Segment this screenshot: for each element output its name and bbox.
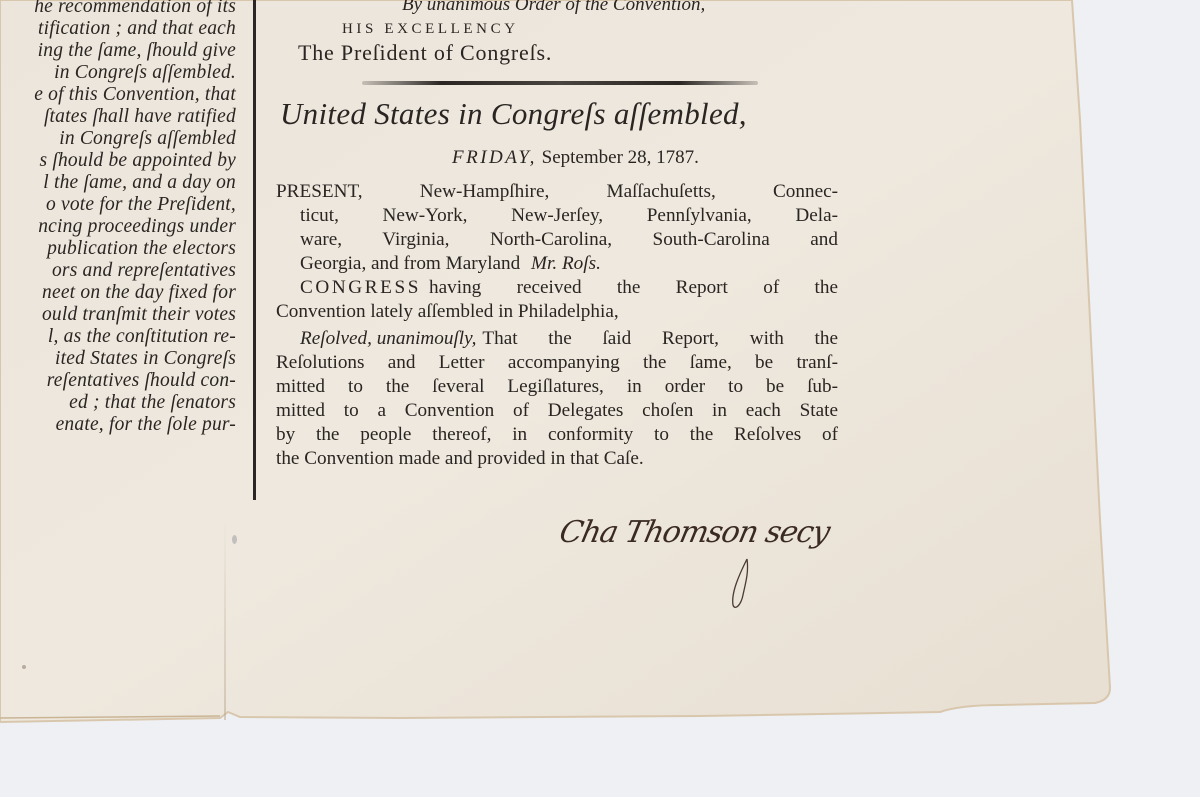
text-line: ould tranſmit their votes bbox=[0, 304, 236, 326]
text-line: the Convention made and provided in that… bbox=[276, 447, 838, 471]
order-line: By unanimous Order of the Convention, bbox=[402, 0, 705, 16]
text-line: mitted to the ſeveral Legiſlatures, in o… bbox=[276, 375, 838, 399]
resolved-paragraph: Reſolved, unanimouſly, That the ſaid Rep… bbox=[276, 327, 838, 471]
text-line: in Congreſs aſſembled bbox=[0, 128, 236, 150]
dateline-day: FRIDAY, bbox=[452, 147, 537, 168]
text-line: ncing proceedings under bbox=[0, 216, 236, 238]
text-line: Georgia, and from Maryland Mr. Roſs. bbox=[276, 252, 838, 276]
text-line: ticut, New-York, New-Jerſey, Pennſylvani… bbox=[276, 204, 838, 228]
resolved-rest: That the ſaid Report, with the bbox=[482, 327, 838, 351]
president-line: The Preſident of Congreſs. bbox=[298, 40, 552, 66]
congress-paragraph: CONGRESS having received the Report of t… bbox=[276, 276, 838, 324]
column-rule bbox=[253, 0, 256, 500]
text-line: ſtates ſhall have ratified bbox=[0, 106, 236, 128]
text-line: by the people thereof, in conformity to … bbox=[276, 423, 838, 447]
present-paragraph: PRESENT, New-Hampſhire, Maſſachuſetts, C… bbox=[276, 180, 838, 276]
text-line: enate, for the ſole pur- bbox=[0, 414, 236, 436]
resolved-lead: Reſolved, unanimouſly, bbox=[300, 327, 476, 351]
text-line: l the ſame, and a day on bbox=[0, 172, 236, 194]
text-line: he recommendation of its bbox=[0, 0, 236, 18]
document-heading: United States in Congreſs aſſembled, bbox=[280, 96, 747, 132]
text-line: mitted to a Convention of Delegates choſ… bbox=[276, 399, 838, 423]
text-line: PRESENT, New-Hampſhire, Maſſachuſetts, C… bbox=[276, 180, 838, 204]
paper-speck bbox=[232, 535, 237, 544]
dateline-date: September 28, 1787. bbox=[542, 147, 699, 168]
text-line: publication the electors bbox=[0, 238, 236, 260]
text-line: reſentatives ſhould con- bbox=[0, 370, 236, 392]
excellency-line: HIS EXCELLENCY bbox=[342, 21, 519, 38]
congress-lead: CONGRESS bbox=[300, 276, 421, 300]
ornamental-divider bbox=[362, 81, 758, 85]
congress-rest: having received the Report of the bbox=[429, 276, 838, 300]
text-line: ware, Virginia, North-Carolina, South-Ca… bbox=[276, 228, 838, 252]
text-line: e of this Convention, that bbox=[0, 84, 236, 106]
handwritten-signature: Cha Thomson secy bbox=[556, 515, 832, 550]
text-line: neet on the day fixed for bbox=[0, 282, 236, 304]
text-line: l, as the conſtitution re- bbox=[0, 326, 236, 348]
text-line: Reſolutions and Letter accompanying the … bbox=[276, 351, 838, 375]
dateline: FRIDAY, September 28, 1787. bbox=[452, 147, 699, 169]
text-line: ed ; that the ſenators bbox=[0, 392, 236, 414]
paper-fold bbox=[224, 520, 226, 720]
text-line: CONGRESS having received the Report of t… bbox=[276, 276, 838, 300]
signature-flourish bbox=[725, 555, 755, 615]
text-line: in Congreſs aſſembled. bbox=[0, 62, 236, 84]
text-line: s ſhould be appointed by bbox=[0, 150, 236, 172]
paper-speck bbox=[22, 665, 26, 669]
text-line: ors and repreſentatives bbox=[0, 260, 236, 282]
text-line: Reſolved, unanimouſly, That the ſaid Rep… bbox=[276, 327, 838, 351]
text-line: ing the ſame, ſhould give bbox=[0, 40, 236, 62]
left-column-text: he recommendation of its tification ; an… bbox=[0, 0, 236, 436]
text-line: tification ; and that each bbox=[0, 18, 236, 40]
text-line: Convention lately aſſembled in Philadelp… bbox=[276, 300, 838, 324]
present-tail: Mr. Roſs. bbox=[531, 253, 601, 274]
text-line: ited States in Congreſs bbox=[0, 348, 236, 370]
present-text: Georgia, and from Maryland bbox=[300, 253, 520, 274]
body-text: PRESENT, New-Hampſhire, Maſſachuſetts, C… bbox=[276, 180, 838, 471]
text-line: o vote for the Preſident, bbox=[0, 194, 236, 216]
